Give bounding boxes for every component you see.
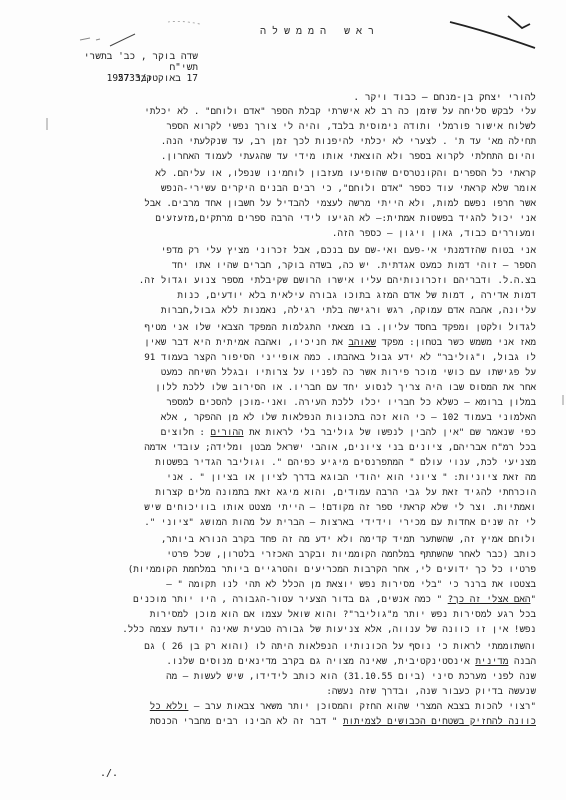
letterhead-prime-minister: ראש הממשלה [250,26,390,38]
text-line: במלון ברומא — כשלא כל חבריו יכלו ללכת הע… [40,395,536,410]
margin-mark [562,395,564,405]
text-line: דמות אדירה , דמות של אדם המזג בתוכו גבור… [40,288,536,303]
text-line: קראתי כל הספרים והקונטרסים שהופיעו מעזבו… [40,166,536,181]
text-line: על פגישתו עם כושי מוכר פירות אשר כה לפני… [40,365,536,380]
text-line: הספר — זוהי דמות כמעט אגדתית. יש כה, בשד… [40,258,536,273]
text-line: מה זאת ציוניות: " ציוני הוא יהודי הבוגא … [40,470,536,485]
paragraph: עלי לבקש סליחה על שזמן כה רב לא אישרתי ק… [40,104,536,164]
place-date-hebrew: שדה בוקר , כב' בתשרי תשי"ח [78,51,198,73]
text-line: מאז אני משמש כשר בטחון: מפקד שאוהב את חנ… [40,335,536,350]
text-line: נפש! אין זו כוונה של ענווה, אלא צניעות ש… [40,622,536,637]
text-line: עליונה, אהבה אדם עמוקה, רגש ורגישה בלתי … [40,303,536,318]
text-line: "רצוי להכות בצבא המצרי שהוא החזק והמסוכן… [40,699,536,714]
text-line: כפי שנאמר שם "אין להבין לנפשו של גוליבר … [40,425,536,440]
letter-body: עלי לבקש סליחה על שזמן כה רב לא אישרתי ק… [40,104,536,731]
text-line: תחילה מא' עד ת' . לצערי לא יכלתי להיפנות… [40,134,536,149]
text-line: כוונה להחזיק בשטחים הכבושים לצמיתות " דב… [40,714,536,729]
text-line: והיום התחלתי לקרוא בספר ולא הוצאתי אותו … [40,149,536,164]
text-line: ומעוררים כבוד, גאון ויגון — כספר הזה. [40,226,536,241]
text-line: לי זה שנים אחדות עם מכירי וידידי בארצות … [40,515,536,530]
salutation: להורי יצחק בן-מנחם — כבוד ויקר . [353,92,536,103]
text-line: ולוחם אמיץ זה, שהשתער תמיד קדימה ולא ידע… [40,532,536,547]
text-line: בצטטו את ברנר כי "בלי מסירות נפש יוצאת מ… [40,577,536,592]
text-line: "האם אצלי זה כך? " כמה אנשים, גם בדור הצ… [40,592,536,607]
text-line: האלמוני בעמוד 102 — כי הוא זכה בתכונות ה… [40,410,536,425]
text-line: אומר שלא קראתי עוד כספר "אדם ולוחם", כי … [40,181,536,196]
text-line: אני יכול להגיד בפשטות אמתית:— לא הגיעו ל… [40,211,536,226]
reference-number: 2733/ק [112,73,152,84]
letter-page: ראש הממשלה שדה בוקר , כב' בתשרי תשי"ח 17… [0,0,566,800]
text-line: מצניעי לכת, ענוי עולם " המתפרנסים מיגיע … [40,455,536,470]
text-line: לשלוח אישור פורמלי ותודה נימוסית בלבד, ו… [40,119,536,134]
text-line: בכל רגע למסירות נפש יותר מ"גוליבר"? והוא… [40,607,536,622]
text-line: שנה לפני מערכת סיני (ביום 31.10.55) הוא … [40,669,536,684]
margin-mark [46,118,48,130]
text-line: אני בטוח שהזדמנתי אי-פעם ואי-שם עם בנכם,… [40,243,536,258]
paragraph: לגדול ולקטן ומפקד בחסד עליון. בו מצאתי ה… [40,320,536,530]
text-line: בכל רמ"ח אבריהם, ציונים בני ציונים, אוהב… [40,440,536,455]
text-line: והשתוממתי לראות כי נוסף על הכונותיו הנפל… [40,639,536,654]
paragraph: קראתי כל הספרים והקונטרסים שהופיעו מעזבו… [40,166,536,241]
paragraph: אני בטוח שהזדמנתי אי-פעם ואי-שם עם בנכם,… [40,243,536,318]
text-line: עלי לבקש סליחה על שזמן כה רב לא אישרתי ק… [40,104,536,119]
text-line: פרטיו כל כך ידועים לי, אחר הקרבות המכריע… [40,562,536,577]
text-line: אחר את המסוס שבו היה צריך לנסוע יחד עם ח… [40,380,536,395]
text-line: אשר חרפו נפשם למות, ולא הייתי מרשה לעצמי… [40,196,536,211]
text-line: הוכרחתי להגיד זאת על גבי הרבה עמודים, וה… [40,485,536,500]
continuation-mark: ./. [100,768,118,779]
text-line: ואמתיות. וצר לי שלא קראתי ספר זה מקודם! … [40,500,536,515]
text-line: לו גבול, ו"גוליבר" לא ידע גבול באהבתו. כ… [40,350,536,365]
text-line: כותב (כבר לאחר שהשתתף במלחמה הקוממיות וב… [40,547,536,562]
text-line: הבנה מדינית אינסטינקטיבית, שאינה מצויה ג… [40,654,536,669]
paragraph: ולוחם אמיץ זה, שהשתער תמיד קדימה ולא ידע… [40,532,536,637]
text-line: שנעשה בדיוק כעבור שנה, ובדרך שזה נעשה: [40,684,536,699]
paragraph: והשתוממתי לראות כי נוסף על הכונותיו הנפל… [40,639,536,729]
text-line: בצ.ה.ל. ודבריהם וזכרונותיהם עליו אישרו ה… [40,273,536,288]
text-line: לגדול ולקטן ומפקד בחסד עליון. בו מצאתי ה… [40,320,536,335]
